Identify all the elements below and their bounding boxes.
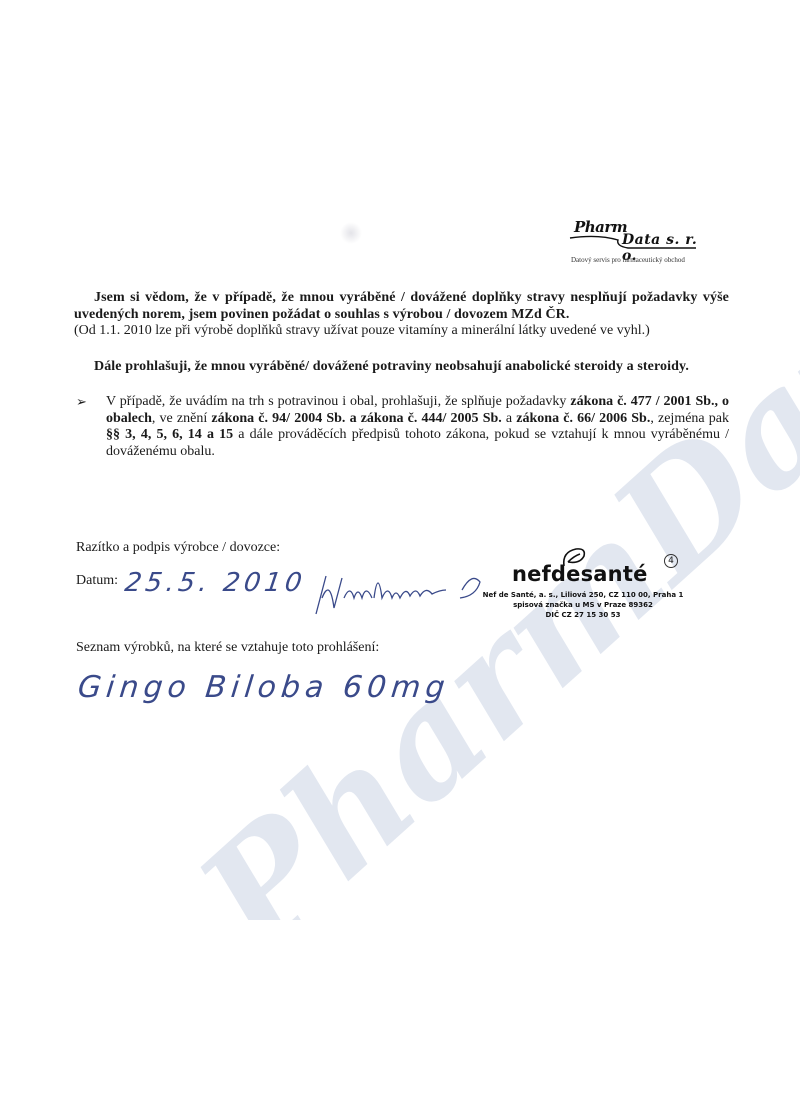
stamp-address: Nef de Santé, a. s., Liliová 250, CZ 110…: [478, 590, 688, 600]
company-stamp: 4 nefdesanté Nef de Santé, a. s., Liliov…: [478, 552, 688, 627]
bullet-packaging: ➢ V případě, že uvádím na trh s potravin…: [76, 394, 729, 460]
arrow-bullet-icon: ➢: [76, 394, 87, 411]
stamp-brand: nefdesanté: [512, 562, 648, 586]
products-label: Seznam výrobků, na které se vztahuje tot…: [76, 640, 379, 656]
handwritten-date: 25.5. 2010: [123, 568, 308, 598]
paragraph-responsibility: Jsem si vědom, že v případě, že mnou vyr…: [74, 290, 729, 323]
paragraph-steroids: Dále prohlašuji, že mnou vyráběné/ dováž…: [74, 359, 729, 376]
stamp-signature-label: Razítko a podpis výrobce / dovozce:: [76, 540, 280, 556]
handwritten-signature: [312, 568, 492, 618]
stamp-tax-id: DIČ CZ 27 15 30 53: [478, 610, 688, 620]
stamp-number: 4: [664, 554, 678, 568]
scan-smudge: [340, 222, 362, 244]
handwritten-product: Gingo Biloba 60mg: [76, 670, 451, 705]
logo-tagline: Datový servis pro farmaceutický obchod: [571, 256, 685, 264]
date-label: Datum:: [76, 573, 118, 589]
logo-line1: Pharm: [574, 218, 627, 236]
declaration-body: Jsem si vědom, že v případě, že mnou vyr…: [74, 290, 729, 474]
pharmdata-logo: Pharm Data s. r. o. Datový servis pro fa…: [568, 218, 708, 268]
paragraph-note: (Od 1.1. 2010 lze při výrobě doplňků str…: [74, 323, 729, 340]
stamp-registration: spisová značka u MS v Praze 89362: [478, 600, 688, 610]
